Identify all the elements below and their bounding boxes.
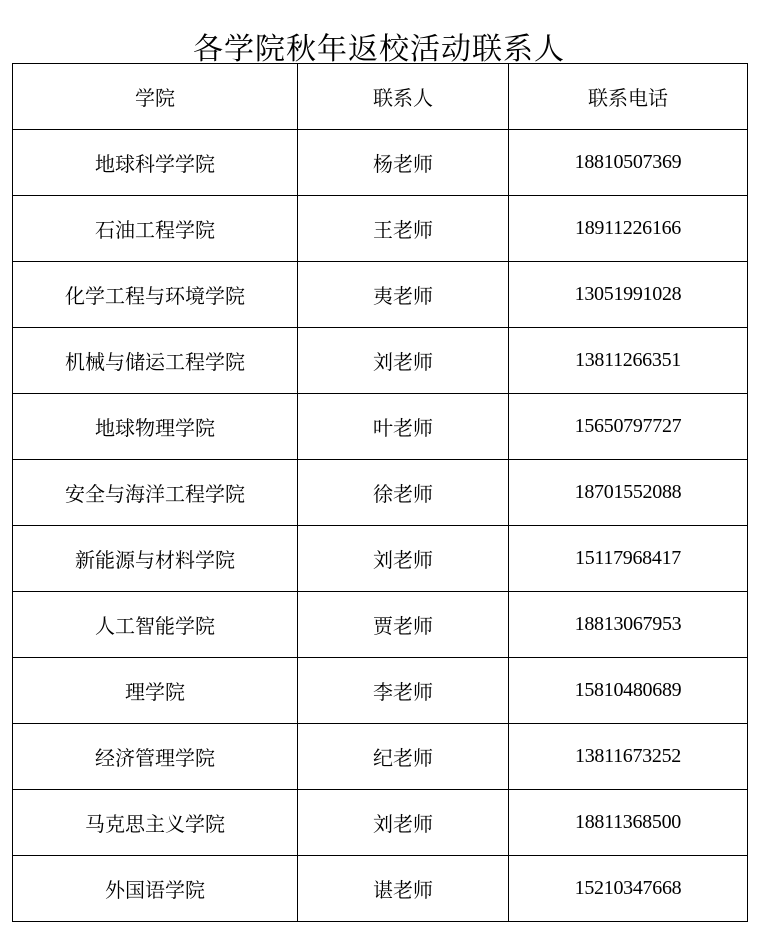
table-row: 地球科学学院 杨老师 18810507369 <box>13 130 748 196</box>
contact-cell: 纪老师 <box>298 724 509 790</box>
table-row: 外国语学院 谌老师 15210347668 <box>13 856 748 922</box>
contact-cell: 刘老师 <box>298 790 509 856</box>
college-cell: 地球科学学院 <box>13 130 298 196</box>
college-cell: 安全与海洋工程学院 <box>13 460 298 526</box>
table-row: 人工智能学院 贾老师 18813067953 <box>13 592 748 658</box>
contact-cell: 徐老师 <box>298 460 509 526</box>
column-header-phone: 联系电话 <box>509 64 748 130</box>
contacts-table: 学院 联系人 联系电话 地球科学学院 杨老师 18810507369 石油工程学… <box>12 63 748 922</box>
contact-cell: 杨老师 <box>298 130 509 196</box>
phone-cell: 13811266351 <box>509 328 748 394</box>
college-cell: 地球物理学院 <box>13 394 298 460</box>
table-row: 新能源与材料学院 刘老师 15117968417 <box>13 526 748 592</box>
contact-cell: 谌老师 <box>298 856 509 922</box>
table-row: 机械与储运工程学院 刘老师 13811266351 <box>13 328 748 394</box>
table-row: 石油工程学院 王老师 18911226166 <box>13 196 748 262</box>
college-cell: 机械与储运工程学院 <box>13 328 298 394</box>
college-cell: 人工智能学院 <box>13 592 298 658</box>
college-cell: 外国语学院 <box>13 856 298 922</box>
contact-cell: 刘老师 <box>298 526 509 592</box>
phone-cell: 15650797727 <box>509 394 748 460</box>
table-row: 地球物理学院 叶老师 15650797727 <box>13 394 748 460</box>
table-row: 理学院 李老师 15810480689 <box>13 658 748 724</box>
phone-cell: 18911226166 <box>509 196 748 262</box>
phone-cell: 15810480689 <box>509 658 748 724</box>
phone-cell: 13811673252 <box>509 724 748 790</box>
phone-cell: 15210347668 <box>509 856 748 922</box>
table-row: 马克思主义学院 刘老师 18811368500 <box>13 790 748 856</box>
table-row: 安全与海洋工程学院 徐老师 18701552088 <box>13 460 748 526</box>
contact-cell: 叶老师 <box>298 394 509 460</box>
college-cell: 理学院 <box>13 658 298 724</box>
college-cell: 经济管理学院 <box>13 724 298 790</box>
phone-cell: 13051991028 <box>509 262 748 328</box>
phone-cell: 18813067953 <box>509 592 748 658</box>
contact-cell: 夷老师 <box>298 262 509 328</box>
college-cell: 马克思主义学院 <box>13 790 298 856</box>
column-header-college: 学院 <box>13 64 298 130</box>
phone-cell: 18811368500 <box>509 790 748 856</box>
college-cell: 化学工程与环境学院 <box>13 262 298 328</box>
table-header-row: 学院 联系人 联系电话 <box>13 64 748 130</box>
contact-cell: 王老师 <box>298 196 509 262</box>
table-row: 经济管理学院 纪老师 13811673252 <box>13 724 748 790</box>
table-row: 化学工程与环境学院 夷老师 13051991028 <box>13 262 748 328</box>
college-cell: 石油工程学院 <box>13 196 298 262</box>
column-header-contact: 联系人 <box>298 64 509 130</box>
contact-cell: 刘老师 <box>298 328 509 394</box>
phone-cell: 18701552088 <box>509 460 748 526</box>
contact-cell: 李老师 <box>298 658 509 724</box>
college-cell: 新能源与材料学院 <box>13 526 298 592</box>
phone-cell: 18810507369 <box>509 130 748 196</box>
phone-cell: 15117968417 <box>509 526 748 592</box>
contact-cell: 贾老师 <box>298 592 509 658</box>
